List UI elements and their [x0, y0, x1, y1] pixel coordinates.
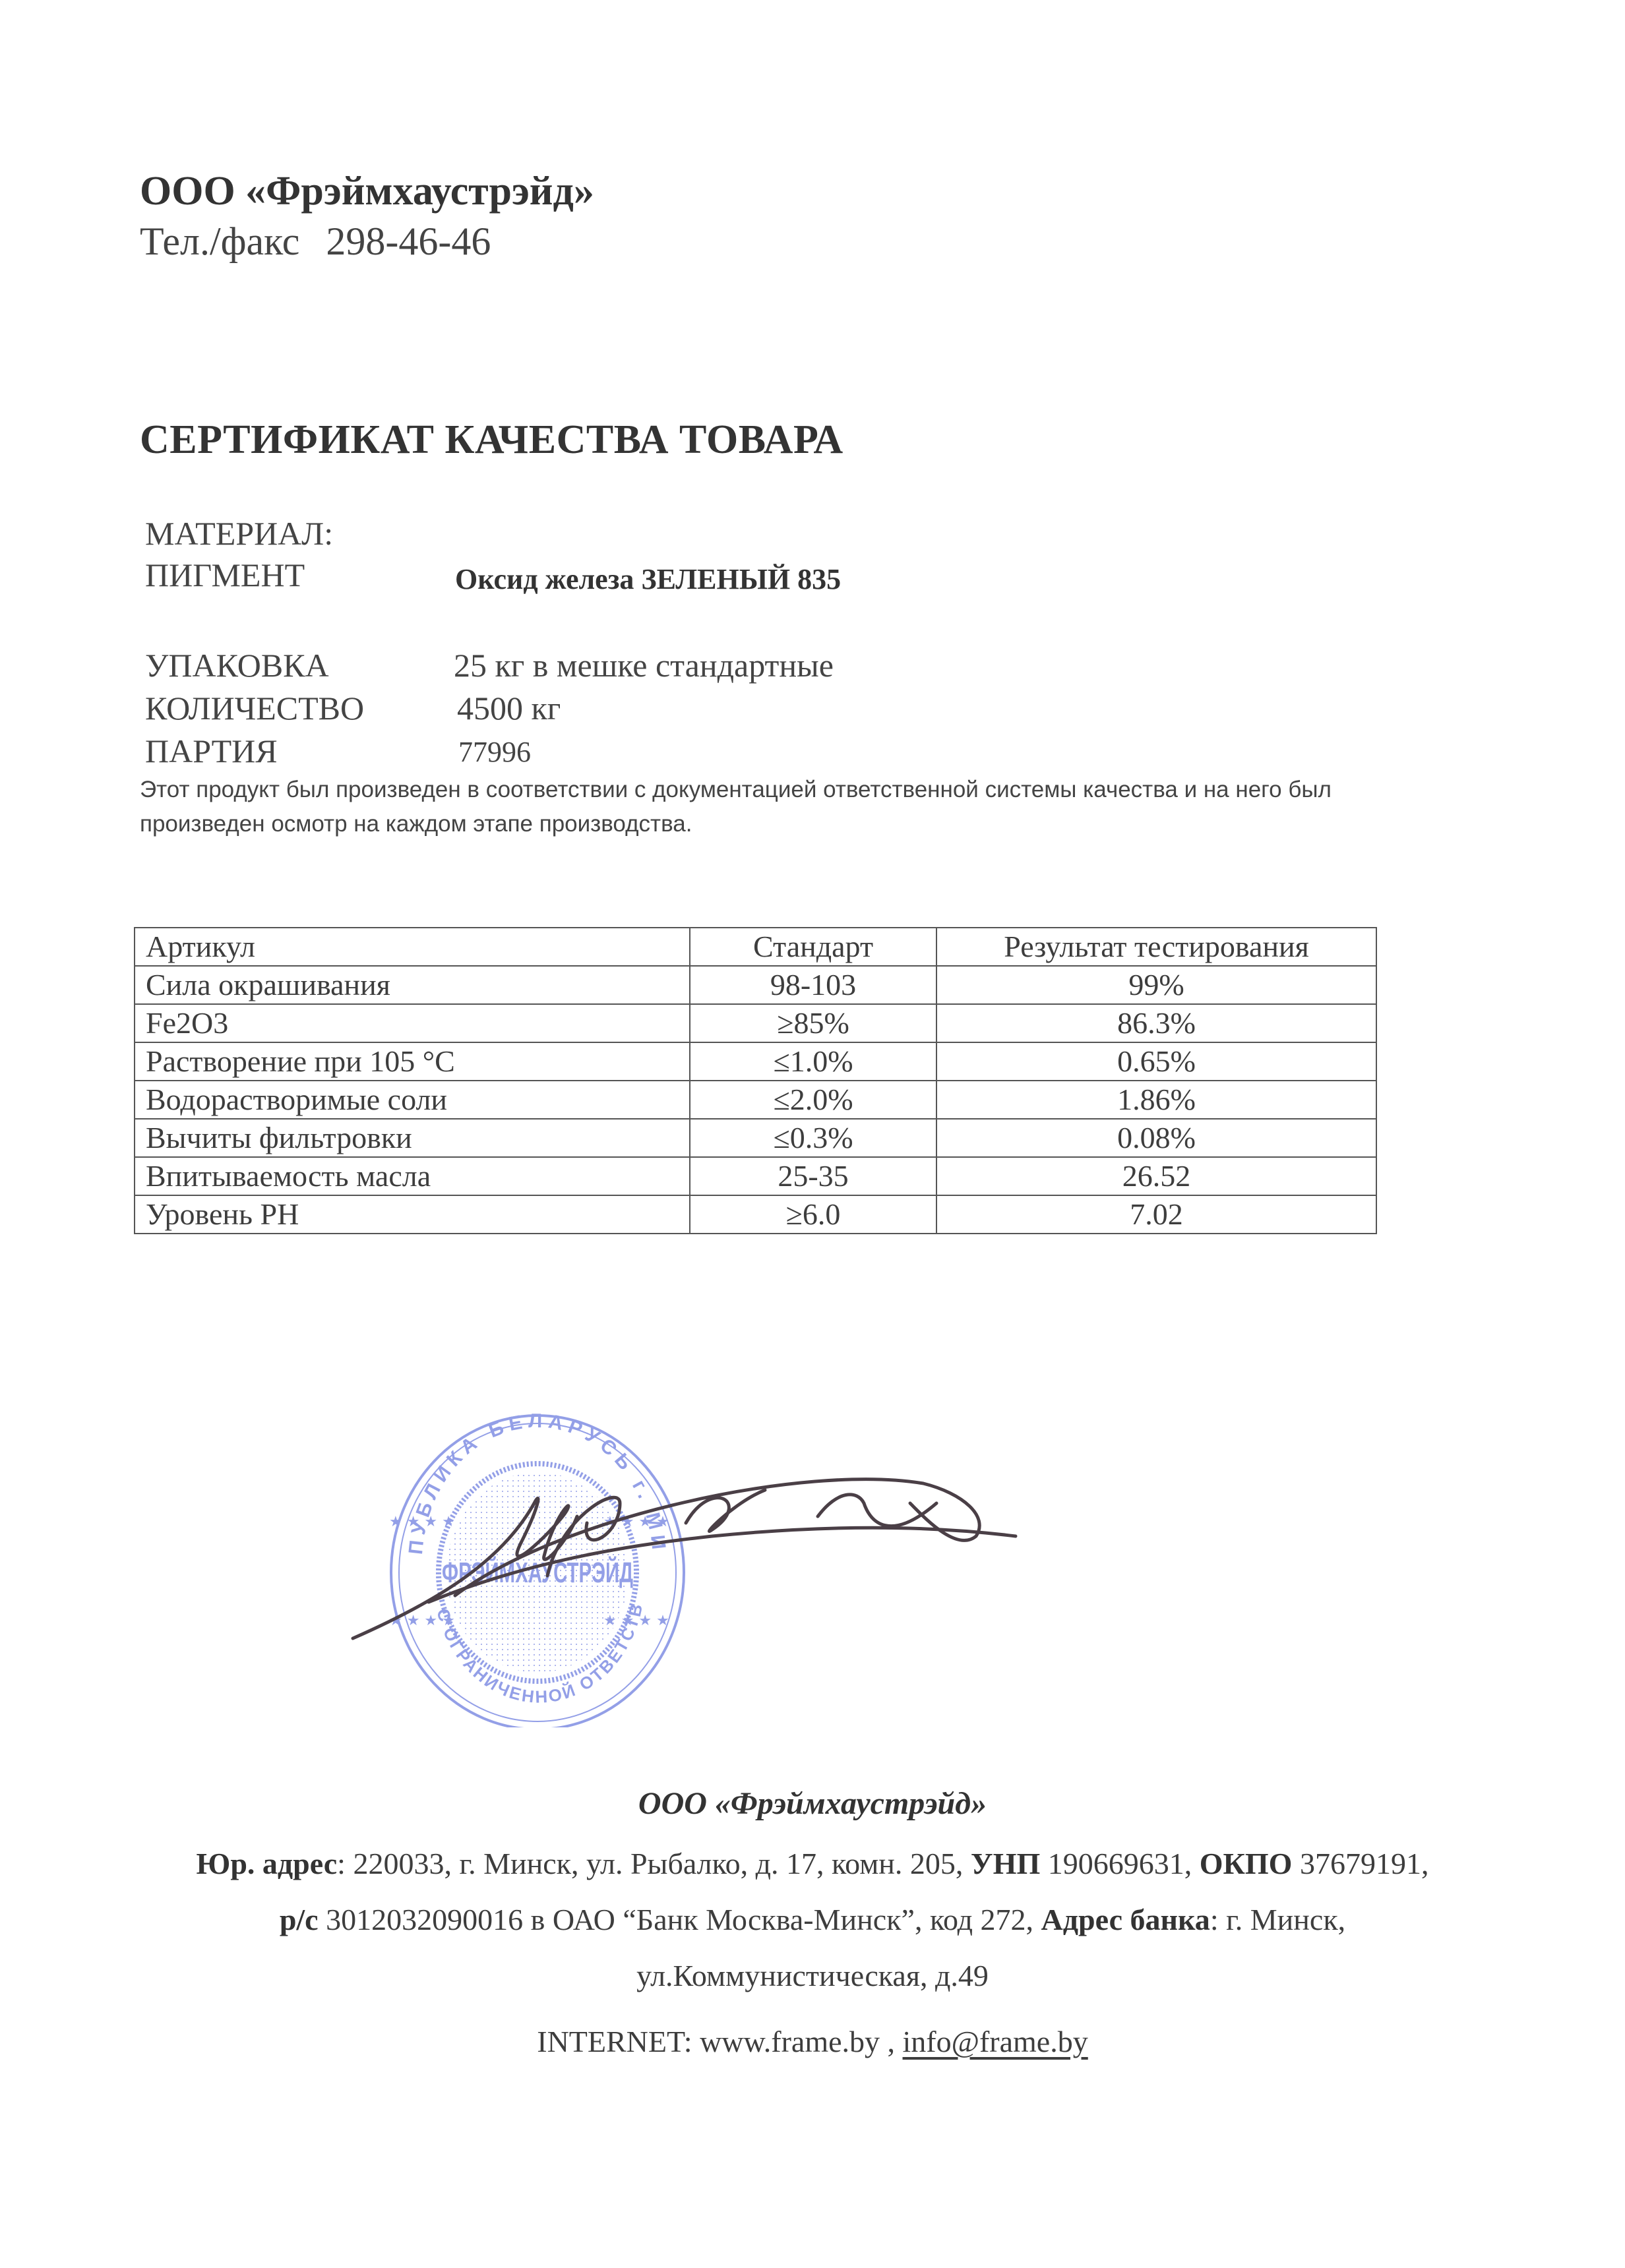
company-name: ООО «Фрэймхаустрэйд»	[140, 168, 594, 215]
table-row: Водорастворимые соли≤2.0%1.86%	[135, 1081, 1376, 1119]
row-result: 86.3%	[936, 1004, 1376, 1042]
unp-label: УНП	[971, 1847, 1040, 1880]
packaging-label: УПАКОВКА	[145, 646, 329, 684]
footer-bank: р/с 3012032090016 в ОАО “Банк Москва-Мин…	[0, 1902, 1625, 1937]
account-value: 3012032090016 в ОАО “Банк Москва-Минск”,…	[319, 1903, 1041, 1936]
row-standard: ≤1.0%	[690, 1042, 936, 1081]
batch-value: 77996	[458, 735, 531, 769]
email-link[interactable]: info@frame.by	[903, 2025, 1088, 2058]
row-standard: 25-35	[690, 1157, 936, 1195]
row-result: 7.02	[936, 1195, 1376, 1234]
row-result: 1.86%	[936, 1081, 1376, 1119]
row-standard: 98-103	[690, 966, 936, 1004]
row-result: 0.65%	[936, 1042, 1376, 1081]
row-item: Растворение при 105 °C	[135, 1042, 690, 1081]
batch-label: ПАРТИЯ	[145, 732, 278, 770]
material-label: МАТЕРИАЛ:	[145, 514, 333, 552]
packaging-value: 25 кг в мешке стандартные	[454, 646, 834, 684]
quantity-label: КОЛИЧЕСТВО	[145, 689, 364, 727]
stamp-and-signature: РЕСПУБЛИКА БЕЛАРУСЬ г. МИНСК ОБЩЕСТВО С …	[343, 1385, 1068, 1727]
tel-label: Тел./факс	[140, 220, 299, 263]
quality-note-line1: Этот продукт был произведен в соответств…	[140, 777, 1332, 803]
svg-text:★ ★ ★ ★: ★ ★ ★ ★	[389, 1514, 455, 1530]
row-item: Водорастворимые соли	[135, 1081, 690, 1119]
header-item: Артикул	[135, 928, 690, 966]
row-item: Сила окрашивания	[135, 966, 690, 1004]
row-item: Уровень PH	[135, 1195, 690, 1234]
table-row: Уровень PH≥6.07.02	[135, 1195, 1376, 1234]
footer-legal-address: Юр. адрес: 220033, г. Минск, ул. Рыбалко…	[0, 1846, 1625, 1881]
bank-address-label: Адрес банка	[1041, 1903, 1210, 1936]
footer-company: ООО «Фрэймхаустрэйд»	[0, 1785, 1625, 1822]
table-row: Растворение при 105 °C≤1.0%0.65%	[135, 1042, 1376, 1081]
tel-number: 298-46-46	[326, 220, 491, 263]
pigment-value: Оксид железа ЗЕЛЕНЫЙ 835	[455, 562, 841, 596]
pigment-label: ПИГМЕНТ	[145, 556, 305, 594]
header-result: Результат тестирования	[936, 928, 1376, 966]
row-standard: ≤2.0%	[690, 1081, 936, 1119]
bank-address: : г. Минск,	[1210, 1903, 1345, 1936]
stamp-icon: РЕСПУБЛИКА БЕЛАРУСЬ г. МИНСК ОБЩЕСТВО С …	[343, 1385, 1068, 1727]
unp-value: 190669631,	[1040, 1847, 1200, 1880]
row-result: 99%	[936, 966, 1376, 1004]
quantity-value: 4500 кг	[457, 689, 561, 727]
table-header-row: Артикул Стандарт Результат тестирования	[135, 928, 1376, 966]
row-item: Впитываемость масла	[135, 1157, 690, 1195]
quality-table: Артикул Стандарт Результат тестирования …	[134, 927, 1377, 1234]
table-row: Вычиты фильтровки≤0.3%0.08%	[135, 1119, 1376, 1157]
footer-bank-street: ул.Коммунистическая, д.49	[0, 1958, 1625, 1993]
okpo-label: ОКПО	[1200, 1847, 1293, 1880]
row-item: Fe2O3	[135, 1004, 690, 1042]
row-item: Вычиты фильтровки	[135, 1119, 690, 1157]
table-row: Впитываемость масла25-3526.52	[135, 1157, 1376, 1195]
internet-label: INTERNET: www.frame.by ,	[537, 2025, 902, 2058]
row-standard: ≤0.3%	[690, 1119, 936, 1157]
footer-internet: INTERNET: www.frame.by , info@frame.by	[0, 2024, 1625, 2059]
document-title: СЕРТИФИКАТ КАЧЕСТВА ТОВАРА	[140, 417, 843, 463]
account-label: р/с	[280, 1903, 319, 1936]
row-result: 0.08%	[936, 1119, 1376, 1157]
legal-address: : 220033, г. Минск, ул. Рыбалко, д. 17, …	[337, 1847, 971, 1880]
row-result: 26.52	[936, 1157, 1376, 1195]
table-row: Сила окрашивания98-10399%	[135, 966, 1376, 1004]
quality-note-line2: произведен осмотр на каждом этапе произв…	[140, 811, 692, 837]
okpo-value: 37679191,	[1292, 1847, 1428, 1880]
table-row: Fe2O3≥85%86.3%	[135, 1004, 1376, 1042]
row-standard: ≥6.0	[690, 1195, 936, 1234]
row-standard: ≥85%	[690, 1004, 936, 1042]
legal-address-label: Юр. адрес	[197, 1847, 338, 1880]
svg-text:★ ★ ★ ★: ★ ★ ★ ★	[603, 1613, 669, 1629]
header-standard: Стандарт	[690, 928, 936, 966]
tel-fax: Тел./факс298-46-46	[140, 219, 491, 264]
